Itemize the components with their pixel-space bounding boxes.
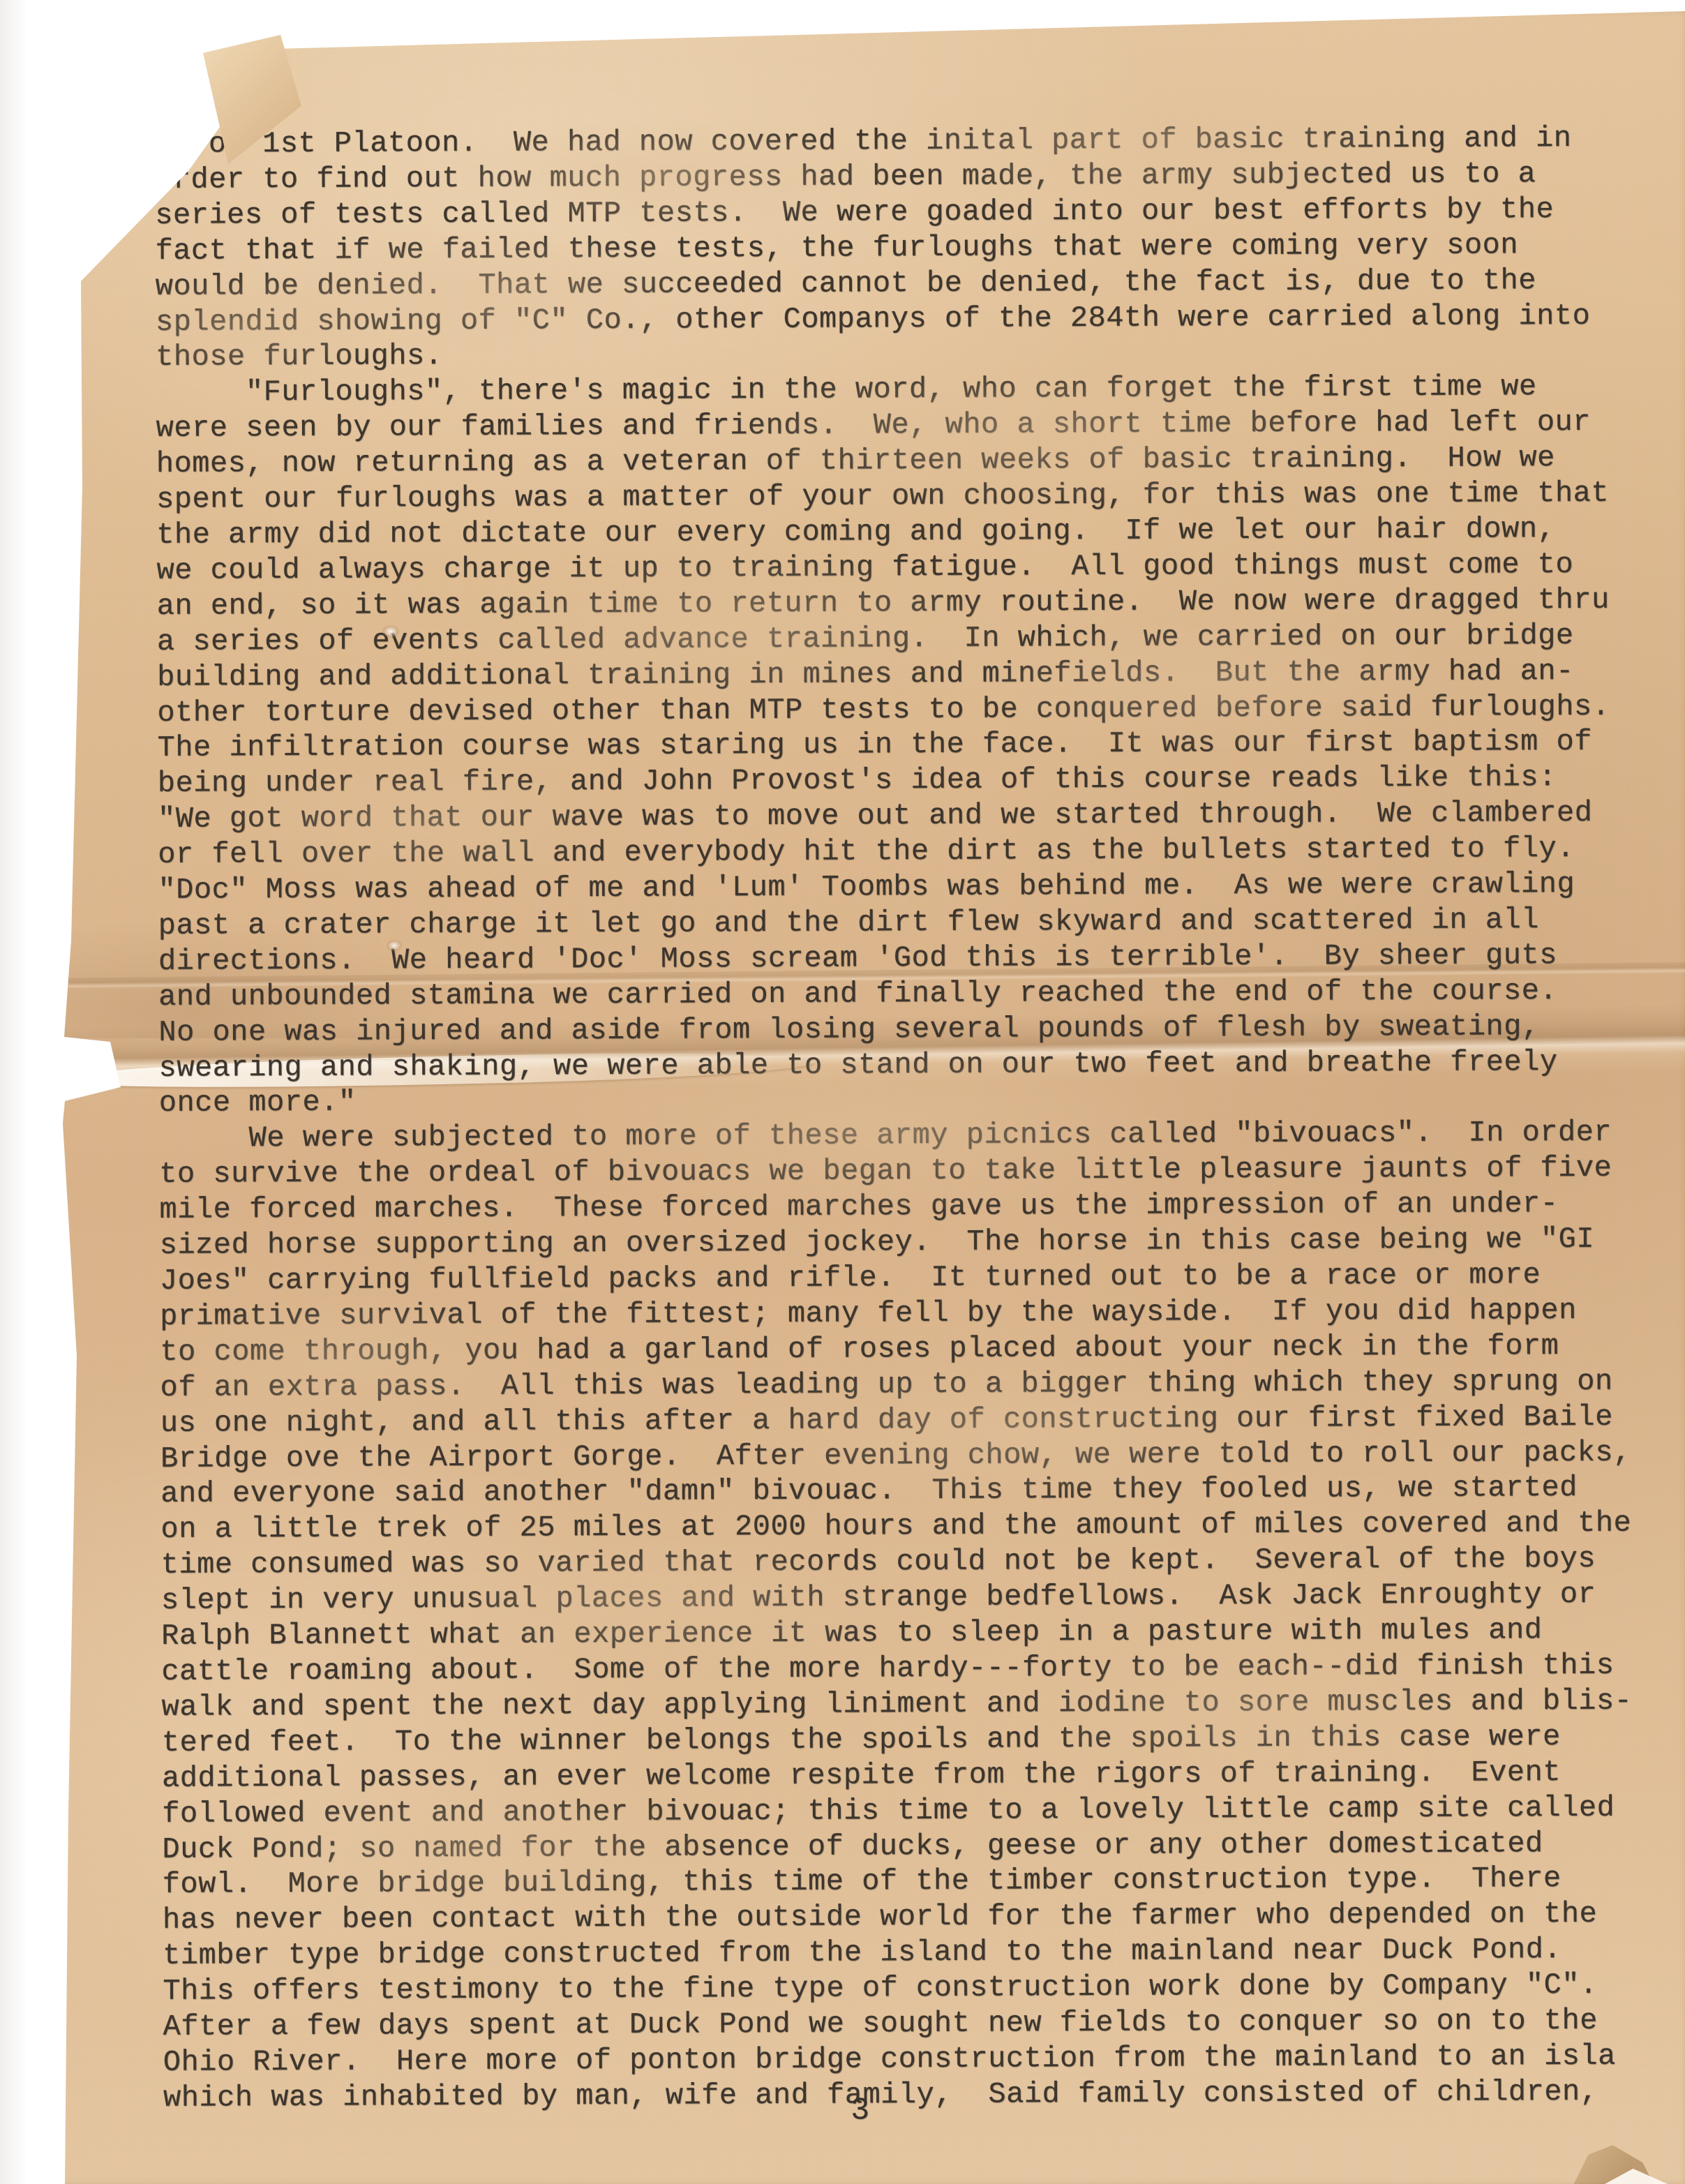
scanned-page: er of 1st Platoon. We had now covered th…	[0, 0, 1685, 2184]
left-edge-nick	[50, 1281, 66, 1299]
paragraph-1: er of 1st Platoon. We had now covered th…	[155, 120, 1685, 375]
left-edge-nick	[52, 1574, 66, 1591]
paper-sheet: er of 1st Platoon. We had now covered th…	[54, 6, 1685, 2184]
typewritten-text: er of 1st Platoon. We had now covered th…	[155, 120, 1685, 2132]
left-edge-nick	[53, 444, 71, 465]
paragraph-2: "Furloughs", there's magic in the word, …	[156, 369, 1685, 1122]
paragraph-3: We were subjected to more of these army …	[159, 1115, 1685, 2116]
